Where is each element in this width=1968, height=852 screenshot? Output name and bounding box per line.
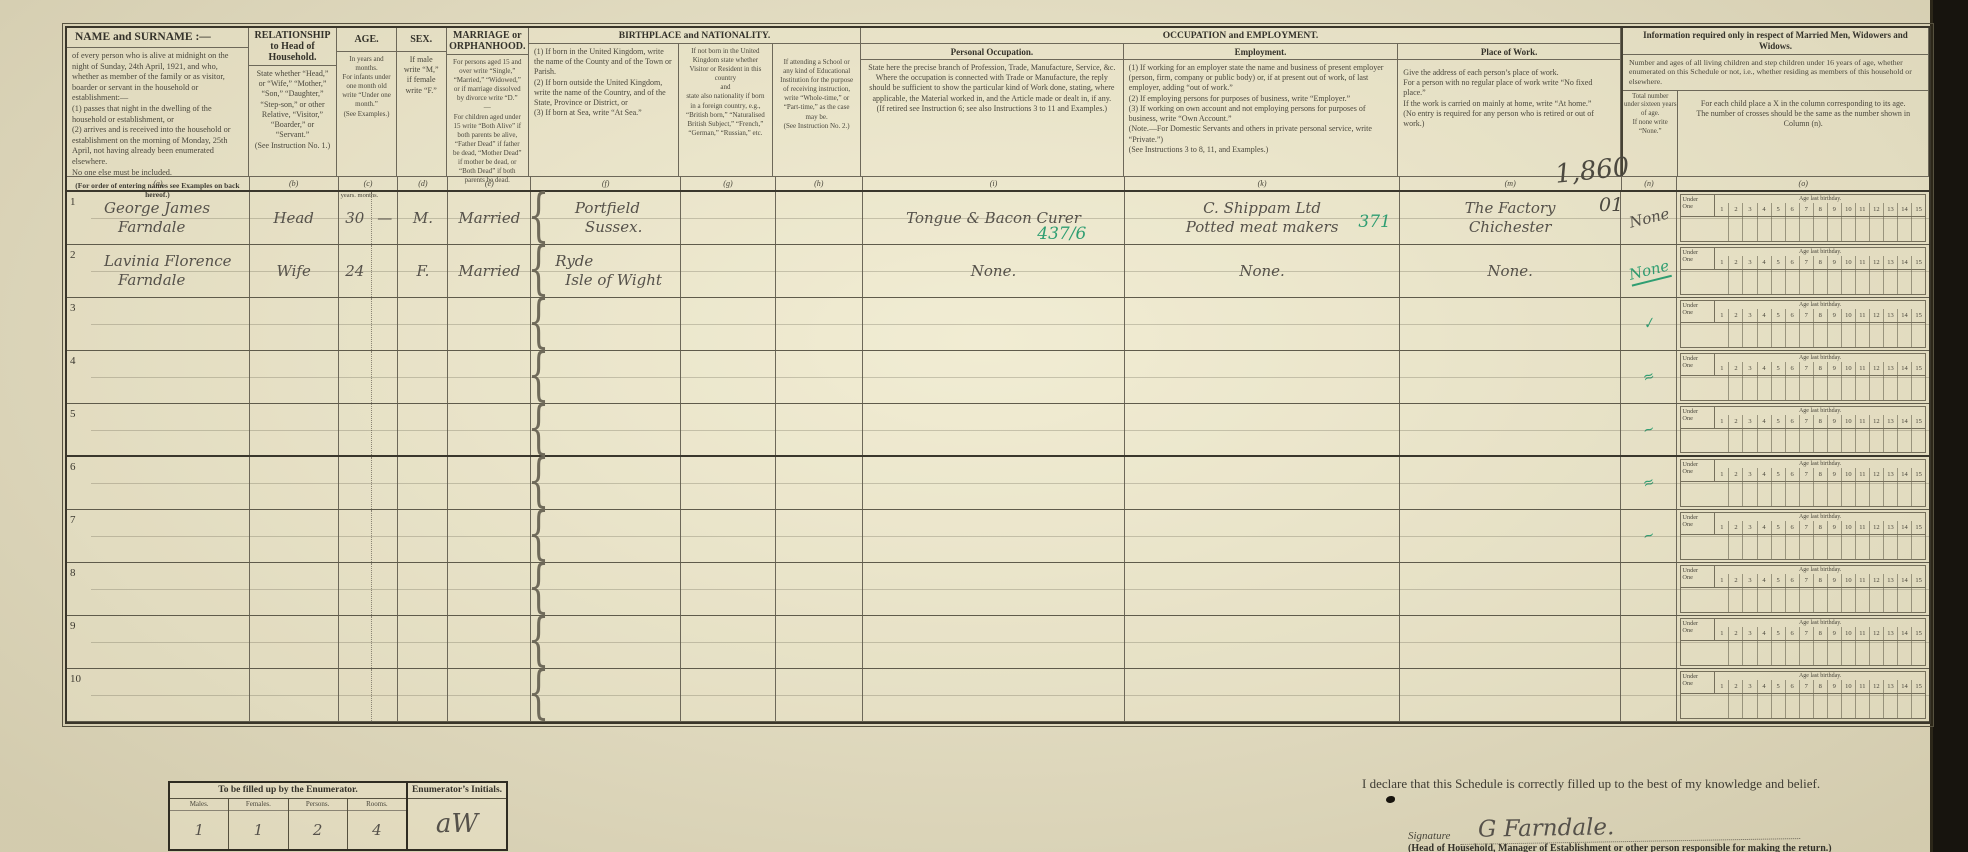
males-value: 1 — [170, 811, 228, 849]
row-4-education — [776, 351, 863, 403]
age-column-instructions: In years and months. For infants under o… — [337, 52, 396, 122]
column-header-children-total: Total number under sixteen years of age.… — [1623, 91, 1678, 176]
females-value: 1 — [229, 811, 287, 849]
row-10-children-ages: Under OneAge last birthday.1234567891011… — [1677, 669, 1929, 721]
row-6-nationality — [681, 457, 776, 509]
row-9-relationship — [250, 616, 339, 668]
row-7-number: 7 — [67, 510, 90, 562]
row-1-number: 1 — [67, 192, 90, 244]
row-8-name — [90, 563, 250, 615]
enumerator-rooms: Rooms. 4 — [348, 799, 406, 849]
column-group-birthplace: BIRTHPLACE and NATIONALITY. (1) If born … — [529, 28, 861, 176]
row-2-education — [776, 245, 863, 297]
column-letter-f: (f) — [531, 177, 681, 190]
age-column-title: AGE. — [337, 28, 396, 52]
enumerator-females: Females. 1 — [229, 799, 288, 849]
table-row-10: 10{Under OneAge last birthday.1234567891… — [67, 669, 1929, 722]
row-3-education — [776, 298, 863, 350]
personal-occupation-title: Personal Occupation. — [861, 44, 1123, 60]
row-4-birthplace: { — [531, 351, 681, 403]
column-letter-c: (c) — [339, 177, 399, 190]
table-row-2: 2Lavinia Florence FarndaleWife24F.Marrie… — [67, 245, 1929, 298]
row-1-nationality — [681, 192, 776, 244]
row-5-nationality — [681, 404, 776, 455]
table-row-8: 8{Under OneAge last birthday.12345678910… — [67, 563, 1929, 616]
rooms-value: 4 — [348, 811, 406, 849]
row-8-children-ages: Under OneAge last birthday.1234567891011… — [1677, 563, 1929, 615]
name-column-title: NAME and SURNAME :— — [67, 28, 248, 48]
row-2-name: Lavinia Florence Farndale — [90, 245, 250, 297]
row-7-name — [90, 510, 250, 562]
row-7-children-ages: Under OneAge last birthday.1234567891011… — [1677, 510, 1929, 562]
row-10-age — [339, 669, 399, 721]
row-10-relationship — [250, 669, 339, 721]
row-2-age: 24 — [339, 245, 399, 297]
row-5-relationship — [250, 404, 339, 455]
children-total-instructions: Total number under sixteen years of age.… — [1623, 91, 1677, 138]
row-4-occupation — [863, 351, 1126, 403]
row-8-sex — [398, 563, 448, 615]
census-schedule-form: NAME and SURNAME :— of every person who … — [65, 26, 1931, 724]
row-8-employment — [1125, 563, 1400, 615]
row-4-marriage — [448, 351, 531, 403]
signature-script: G Farndale. — [1460, 811, 1800, 845]
employment-title: Employment. — [1124, 44, 1398, 60]
row-9-occupation — [863, 616, 1126, 668]
row-1-employment: C. Shippam Ltd Potted meat makers371 — [1125, 192, 1400, 244]
row-5-age-grid: Under OneAge last birthday.1234567891011… — [1680, 406, 1926, 453]
row-1-relationship: Head — [250, 192, 339, 244]
row-4-sex — [398, 351, 448, 403]
row-5-age — [339, 404, 399, 455]
row-4-age — [339, 351, 399, 403]
row-3-occupation — [863, 298, 1126, 350]
column-group-occupation: OCCUPATION and EMPLOYMENT. Personal Occu… — [861, 28, 1621, 176]
place-of-work-instructions: Give the address of each person’s place … — [1398, 60, 1620, 132]
row-5-children-ages: Under OneAge last birthday.1234567891011… — [1677, 404, 1929, 455]
column-letter-k: (k) — [1125, 177, 1400, 190]
row-5-sex — [398, 404, 448, 455]
row-1-name: George James Farndale — [90, 192, 250, 244]
row-8-children-total — [1621, 563, 1677, 615]
row-7-birthplace: { — [531, 510, 681, 562]
married-info-title: Information required only in respect of … — [1623, 28, 1928, 55]
column-header-sex: SEX. If male write “M,” if female write … — [397, 28, 447, 176]
row-6-employment — [1125, 457, 1400, 509]
row-3-age — [339, 298, 399, 350]
row-9-age — [339, 616, 399, 668]
pencil-code-2: 01 — [1599, 194, 1623, 216]
row-8-education — [776, 563, 863, 615]
children-ages-instructions: For each child place a X in the column c… — [1678, 91, 1928, 133]
row-6-children-total: ≈ — [1621, 457, 1677, 509]
row-3-number: 3 — [67, 298, 90, 350]
row-6-children-ages: Under OneAge last birthday.1234567891011… — [1677, 457, 1929, 509]
table-row-5: 5{∼Under OneAge last birthday.1234567891… — [67, 404, 1929, 457]
row-6-place-of-work — [1400, 457, 1622, 509]
row-10-nationality — [681, 669, 776, 721]
column-letter-h: (h) — [776, 177, 863, 190]
column-letters-row: (a) (b) (c) (d) (e) (f) (g) (h) (i) (k) … — [67, 176, 1929, 192]
row-9-children-ages: Under OneAge last birthday.1234567891011… — [1677, 616, 1929, 668]
row-3-name — [90, 298, 250, 350]
row-4-place-of-work — [1400, 351, 1622, 403]
name-column-instructions: of every person who is alive at midnight… — [67, 48, 248, 181]
marriage-column-instructions: For persons aged 15 and over write “Sing… — [447, 55, 528, 188]
row-1-age: years. months.30— — [339, 192, 399, 244]
row-6-name — [90, 457, 250, 509]
declaration: I declare that this Schedule is correctl… — [1362, 776, 1922, 852]
row-1-education — [776, 192, 863, 244]
row-2-occupation: None. — [863, 245, 1126, 297]
row-2-employment: None. — [1125, 245, 1400, 297]
row-3-place-of-work — [1400, 298, 1622, 350]
row-4-children-total: ≈ — [1621, 351, 1677, 403]
row-10-marriage — [448, 669, 531, 721]
enumerator-box: To be filled up by the Enumerator. Males… — [168, 781, 508, 851]
row-2-children-total: None — [1621, 245, 1677, 297]
row-9-age-grid: Under OneAge last birthday.1234567891011… — [1680, 618, 1926, 666]
row-1-birthplace: {Portfield Sussex. — [531, 192, 681, 244]
row-5-birthplace: { — [531, 404, 681, 455]
column-header-nationality: If not born in the United Kingdom state … — [679, 44, 774, 176]
row-9-place-of-work — [1400, 616, 1622, 668]
row-4-employment — [1125, 351, 1400, 403]
marriage-column-title: MARRIAGE or ORPHANHOOD. — [447, 28, 528, 55]
column-letter-d: (d) — [398, 177, 448, 190]
row-6-birthplace: { — [531, 457, 681, 509]
row-2-relationship: Wife — [250, 245, 339, 297]
row-4-name — [90, 351, 250, 403]
form-header: NAME and SURNAME :— of every person who … — [67, 28, 1929, 176]
row-8-age — [339, 563, 399, 615]
row-10-age-grid: Under OneAge last birthday.1234567891011… — [1680, 671, 1926, 719]
row-6-marriage — [448, 457, 531, 509]
row-6-age — [339, 457, 399, 509]
row-9-sex — [398, 616, 448, 668]
personal-occupation-instructions: State here the precise branch of Profess… — [861, 60, 1123, 117]
column-letter-i: (i) — [863, 177, 1126, 190]
signature-label: Signature — [1408, 830, 1450, 842]
row-3-nationality — [681, 298, 776, 350]
birthplace-group-title: BIRTHPLACE and NATIONALITY. — [529, 28, 860, 44]
row-6-age-grid: Under OneAge last birthday.1234567891011… — [1680, 459, 1926, 507]
table-rows: 1George James FarndaleHeadyears. months.… — [67, 192, 1929, 722]
row-8-nationality — [681, 563, 776, 615]
row-1-sex: M. — [398, 192, 448, 244]
persons-label: Persons. — [289, 799, 347, 811]
row-3-children-total: ✓ — [1621, 298, 1677, 350]
row-6-sex — [398, 457, 448, 509]
row-8-place-of-work — [1400, 563, 1622, 615]
row-4-children-ages: Under OneAge last birthday.1234567891011… — [1677, 351, 1929, 403]
row-4-age-grid: Under OneAge last birthday.1234567891011… — [1680, 353, 1926, 401]
row-5-education — [776, 404, 863, 455]
row-1-children-ages: Under OneAge last birthday.1234567891011… — [1677, 192, 1929, 244]
column-header-marriage: MARRIAGE or ORPHANHOOD. For persons aged… — [447, 28, 529, 176]
row-5-place-of-work — [1400, 404, 1622, 455]
row-2-place-of-work: None. — [1400, 245, 1622, 297]
enumerator-initials-script: aW — [408, 799, 506, 849]
column-header-education: If attending a School or any kind of Edu… — [773, 44, 860, 176]
row-9-education — [776, 616, 863, 668]
relationship-column-title: RELATIONSHIP to Head of Household. — [249, 28, 336, 66]
row-10-place-of-work — [1400, 669, 1622, 721]
education-instructions: If attending a School or any kind of Edu… — [773, 44, 860, 134]
row-8-birthplace: { — [531, 563, 681, 615]
persons-value: 2 — [289, 811, 347, 849]
row-5-occupation — [863, 404, 1126, 455]
row-8-occupation — [863, 563, 1126, 615]
row-2-age-grid: Under OneAge last birthday.1234567891011… — [1680, 247, 1926, 295]
row-7-place-of-work — [1400, 510, 1622, 562]
row-10-name — [90, 669, 250, 721]
row-3-sex — [398, 298, 448, 350]
enumerator-counts: To be filled up by the Enumerator. Males… — [170, 783, 408, 849]
row-7-age — [339, 510, 399, 562]
row-6-relationship — [250, 457, 339, 509]
row-5-children-total: ∼ — [1621, 404, 1677, 455]
enumerator-initials-box: Enumerator’s Initials. aW — [408, 783, 506, 849]
table-row-7: 7{∼Under OneAge last birthday.1234567891… — [67, 510, 1929, 563]
sex-column-instructions: If male write “M,” if female write “F.” — [397, 52, 446, 99]
table-row-1: 1George James FarndaleHeadyears. months.… — [67, 192, 1929, 245]
row-10-children-total — [1621, 669, 1677, 721]
row-3-employment — [1125, 298, 1400, 350]
column-letter-o: (o) — [1677, 177, 1929, 190]
row-1-marriage: Married — [448, 192, 531, 244]
row-7-occupation — [863, 510, 1126, 562]
row-9-nationality — [681, 616, 776, 668]
row-1-occupation: Tongue & Bacon Curer437/6 — [863, 192, 1126, 244]
occupation-group-title: OCCUPATION and EMPLOYMENT. — [861, 28, 1620, 44]
row-2-sex: F. — [398, 245, 448, 297]
row-5-marriage — [448, 404, 531, 455]
row-5-name — [90, 404, 250, 455]
row-3-birthplace: { — [531, 298, 681, 350]
column-header-employment: Employment. (1) If working for an employ… — [1124, 44, 1399, 176]
column-header-personal-occupation: Personal Occupation. State here the prec… — [861, 44, 1124, 176]
row-1-children-total: None — [1621, 192, 1677, 244]
table-row-3: 3{✓Under OneAge last birthday.1234567891… — [67, 298, 1929, 351]
row-10-sex — [398, 669, 448, 721]
birthplace-instructions: (1) If born in the United Kingdom, write… — [529, 44, 678, 122]
enumerator-persons: Persons. 2 — [289, 799, 348, 849]
sex-column-title: SEX. — [397, 28, 446, 52]
married-info-body: Number and ages of all living children a… — [1623, 55, 1928, 91]
column-header-age: AGE. In years and months. For infants un… — [337, 28, 397, 176]
row-2-number: 2 — [67, 245, 90, 297]
scan-dark-edge — [1930, 0, 1968, 852]
row-3-children-ages: Under OneAge last birthday.1234567891011… — [1677, 298, 1929, 350]
table-row-9: 9{Under OneAge last birthday.12345678910… — [67, 616, 1929, 669]
row-10-birthplace: { — [531, 669, 681, 721]
column-header-birthplace: (1) If born in the United Kingdom, write… — [529, 44, 679, 176]
row-3-relationship — [250, 298, 339, 350]
row-8-number: 8 — [67, 563, 90, 615]
enumerator-box-title: To be filled up by the Enumerator. — [170, 783, 406, 799]
males-label: Males. — [170, 799, 228, 811]
row-3-marriage — [448, 298, 531, 350]
ink-blot — [1386, 796, 1395, 803]
row-10-number: 10 — [67, 669, 90, 721]
initials-label: Enumerator’s Initials. — [408, 783, 506, 799]
row-1-age-grid: Under OneAge last birthday.1234567891011… — [1680, 194, 1926, 242]
row-4-relationship — [250, 351, 339, 403]
row-3-age-grid: Under OneAge last birthday.1234567891011… — [1680, 300, 1926, 348]
row-6-occupation — [863, 457, 1126, 509]
table-row-4: 4{≈Under OneAge last birthday.1234567891… — [67, 351, 1929, 404]
nationality-instructions: If not born in the United Kingdom state … — [679, 44, 773, 141]
row-9-employment — [1125, 616, 1400, 668]
relationship-column-instructions: State whether “Head,” or “Wife,” “Mother… — [249, 66, 336, 154]
row-8-age-grid: Under OneAge last birthday.1234567891011… — [1680, 565, 1926, 613]
row-10-occupation — [863, 669, 1126, 721]
row-7-children-total: ∼ — [1621, 510, 1677, 562]
column-letter-b: (b) — [250, 177, 339, 190]
row-8-marriage — [448, 563, 531, 615]
row-2-children-ages: Under OneAge last birthday.1234567891011… — [1677, 245, 1929, 297]
row-7-age-grid: Under OneAge last birthday.1234567891011… — [1680, 512, 1926, 560]
column-letter-g: (g) — [681, 177, 776, 190]
row-5-employment — [1125, 404, 1400, 455]
employment-instructions: (1) If working for an employer state the… — [1124, 60, 1398, 158]
row-1-place-of-work: The Factory Chichester — [1400, 192, 1622, 244]
row-2-birthplace: {Ryde Isle of Wight — [531, 245, 681, 297]
table-row-6: 6{≈Under OneAge last birthday.1234567891… — [67, 457, 1929, 510]
row-10-education — [776, 669, 863, 721]
row-6-number: 6 — [67, 457, 90, 509]
enumerator-males: Males. 1 — [170, 799, 229, 849]
row-4-number: 4 — [67, 351, 90, 403]
row-9-birthplace: { — [531, 616, 681, 668]
row-8-relationship — [250, 563, 339, 615]
row-6-education — [776, 457, 863, 509]
row-7-relationship — [250, 510, 339, 562]
place-of-work-title: Place of Work. — [1398, 44, 1620, 60]
row-9-name — [90, 616, 250, 668]
females-label: Females. — [229, 799, 287, 811]
rooms-label: Rooms. — [348, 799, 406, 811]
row-7-nationality — [681, 510, 776, 562]
column-header-relationship: RELATIONSHIP to Head of Household. State… — [249, 28, 337, 176]
row-7-employment — [1125, 510, 1400, 562]
row-9-children-total — [1621, 616, 1677, 668]
column-header-name: NAME and SURNAME :— of every person who … — [67, 28, 249, 176]
row-9-marriage — [448, 616, 531, 668]
row-7-sex — [398, 510, 448, 562]
row-4-nationality — [681, 351, 776, 403]
row-2-marriage: Married — [448, 245, 531, 297]
row-7-marriage — [448, 510, 531, 562]
row-2-nationality — [681, 245, 776, 297]
row-7-education — [776, 510, 863, 562]
row-5-number: 5 — [67, 404, 90, 455]
column-header-children-ages: For each child place a X in the column c… — [1678, 91, 1928, 176]
column-group-married-info: Information required only in respect of … — [1621, 28, 1929, 176]
row-9-number: 9 — [67, 616, 90, 668]
declaration-text: I declare that this Schedule is correctl… — [1362, 776, 1922, 792]
row-10-employment — [1125, 669, 1400, 721]
